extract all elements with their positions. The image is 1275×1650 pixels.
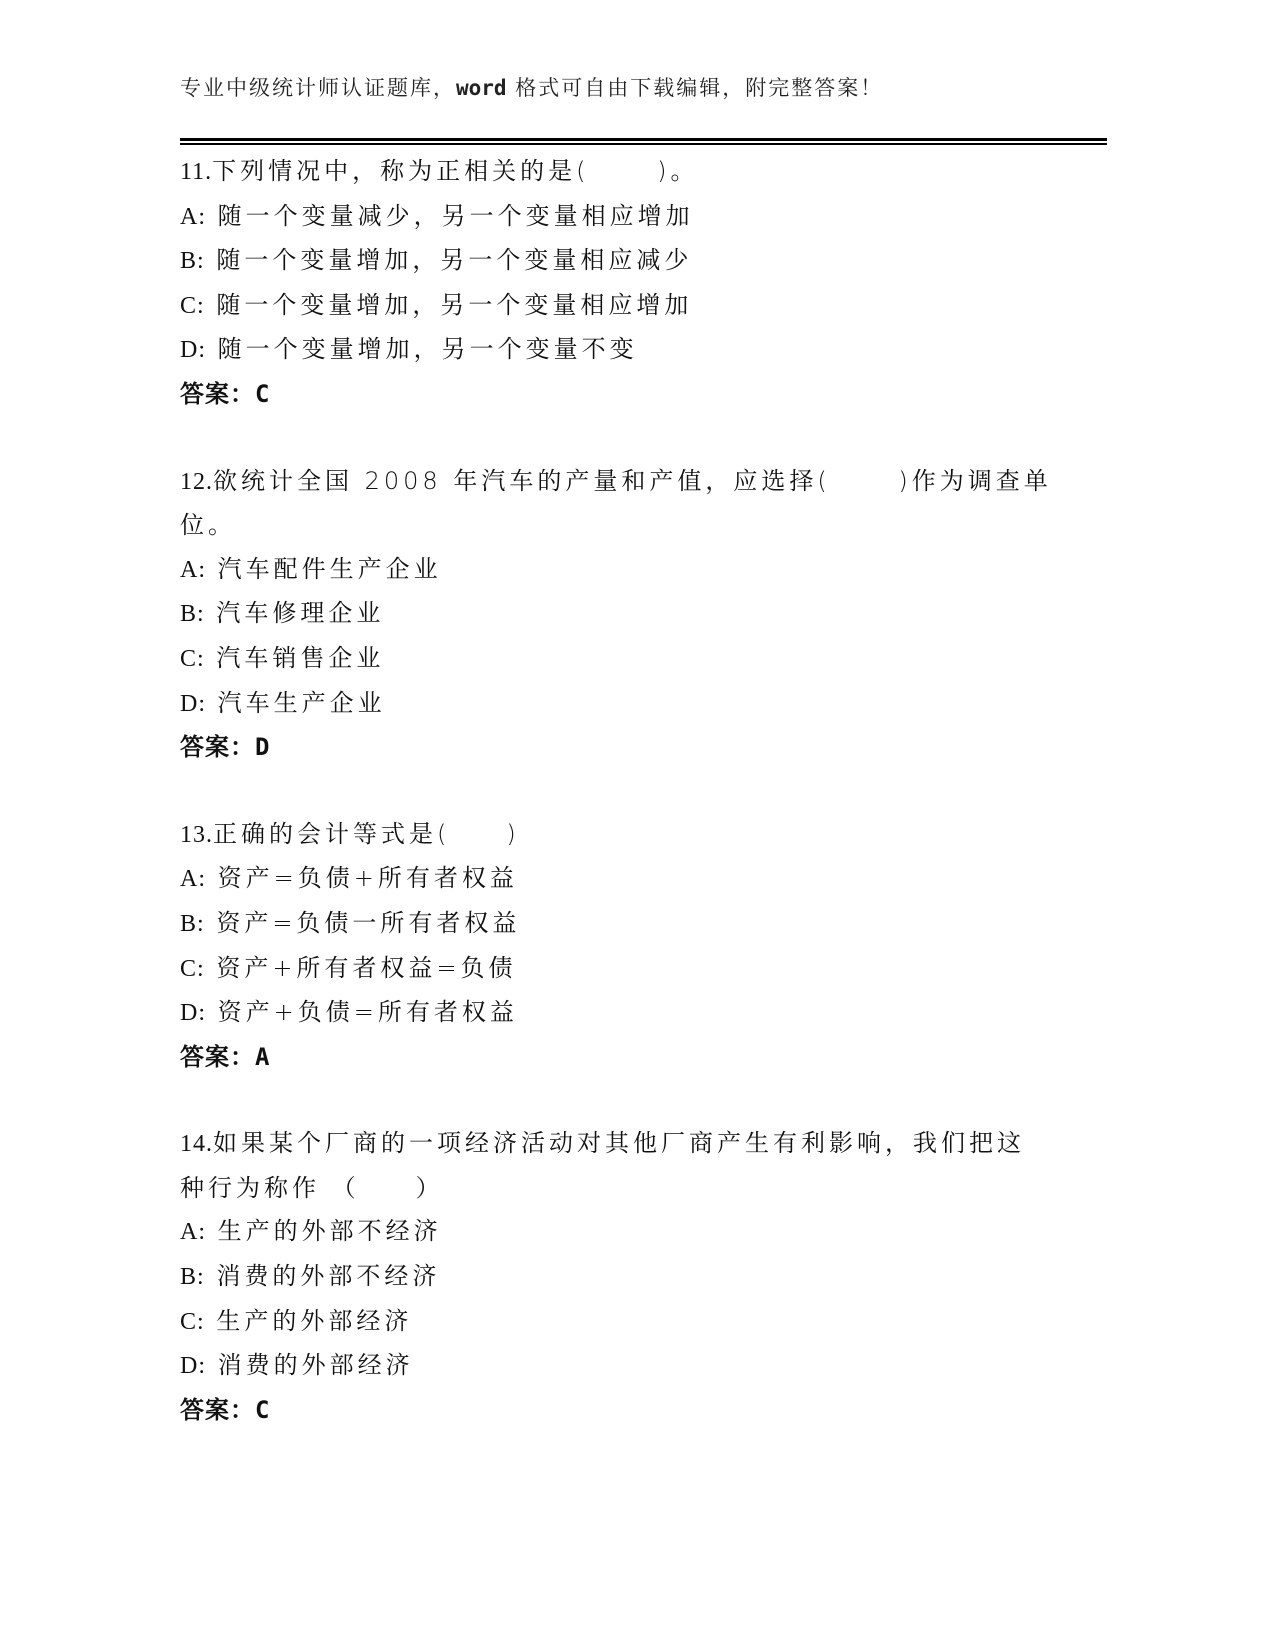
answer-line: 答案：A: [180, 1036, 1040, 1080]
option-label: C:: [180, 646, 205, 672]
question-13: 13.正确的会计等式是( ) A: 资产=负债+所有者权益 B: 资产=负债一所…: [180, 813, 1040, 1080]
option-text: 消费的外部经济: [218, 1351, 414, 1379]
header-text-word: word: [456, 76, 507, 100]
question-11: 11.下列情况中，称为正相关的是( )。 A: 随一个变量减少，另一个变量相应增…: [180, 150, 1040, 417]
option-b: B: 随一个变量增加，另一个变量相应减少: [180, 239, 1040, 284]
answer-value: C: [255, 380, 270, 408]
option-text: 汽车销售企业: [216, 644, 384, 672]
option-d: D: 汽车生产企业: [180, 682, 1040, 727]
header-text-before: 专业中级统计师认证题库，: [180, 76, 456, 100]
option-label: A:: [180, 204, 206, 230]
option-b: B: 消费的外部不经济: [180, 1255, 1040, 1300]
question-stem-text: 下列情况中，称为正相关的是( )。: [212, 157, 698, 185]
option-text: 汽车修理企业: [216, 599, 384, 627]
option-text: 资产=负债一所有者权益: [216, 909, 520, 937]
question-stem-text: 欲统计全国 2008 年汽车的产量和产值，应选择( )作为调查单: [213, 467, 1052, 495]
option-d: D: 随一个变量增加，另一个变量不变: [180, 328, 1040, 373]
option-b: B: 汽车修理企业: [180, 592, 1040, 637]
page-header: 专业中级统计师认证题库，word 格式可自由下载编辑，附完整答案！: [180, 72, 883, 102]
answer-value: D: [255, 733, 270, 761]
option-label: D:: [180, 691, 206, 717]
question-stem-text: 如果某个厂商的一项经济活动对其他厂商产生有利影响，我们把这: [213, 1129, 1025, 1157]
option-text: 资产=负债+所有者权益: [218, 864, 518, 892]
question-list: 11.下列情况中，称为正相关的是( )。 A: 随一个变量减少，另一个变量相应增…: [180, 150, 1040, 1475]
answer-line: 答案：C: [180, 373, 1040, 417]
option-text: 汽车生产企业: [218, 689, 386, 717]
question-number: 13.: [180, 822, 213, 848]
option-b: B: 资产=负债一所有者权益: [180, 902, 1040, 947]
option-label: D:: [180, 1353, 206, 1379]
option-label: D:: [180, 337, 206, 363]
question-number: 14.: [180, 1131, 213, 1157]
question-12: 12.欲统计全国 2008 年汽车的产量和产值，应选择( )作为调查单 位。 A…: [180, 460, 1040, 770]
option-a: A: 生产的外部不经济: [180, 1210, 1040, 1255]
option-a: A: 资产=负债+所有者权益: [180, 857, 1040, 902]
question-stem-continued: 位。: [180, 504, 1040, 548]
answer-label: 答案：: [180, 1396, 255, 1424]
option-label: D:: [180, 1000, 206, 1026]
option-d: D: 资产+负债=所有者权益: [180, 991, 1040, 1036]
question-number: 12.: [180, 469, 213, 495]
option-d: D: 消费的外部经济: [180, 1344, 1040, 1389]
option-c: C: 资产+所有者权益=负债: [180, 947, 1040, 992]
option-a: A: 随一个变量减少，另一个变量相应增加: [180, 195, 1040, 240]
question-stem-text: 正确的会计等式是( ): [213, 820, 520, 848]
option-label: B:: [180, 601, 205, 627]
question-stem: 11.下列情况中，称为正相关的是( )。: [180, 150, 1040, 195]
header-divider-thick: [180, 138, 1107, 141]
option-text: 随一个变量增加，另一个变量不变: [218, 335, 638, 363]
option-c: C: 随一个变量增加，另一个变量相应增加: [180, 284, 1040, 329]
option-a: A: 汽车配件生产企业: [180, 548, 1040, 593]
option-text: 消费的外部不经济: [216, 1262, 440, 1290]
option-label: A:: [180, 557, 206, 583]
question-14: 14.如果某个厂商的一项经济活动对其他厂商产生有利影响，我们把这 种行为称作 （…: [180, 1122, 1040, 1432]
option-label: B:: [180, 248, 205, 274]
answer-label: 答案：: [180, 1043, 255, 1071]
answer-label: 答案：: [180, 380, 255, 408]
option-label: C:: [180, 1309, 205, 1335]
question-number: 11.: [180, 159, 212, 185]
option-label: B:: [180, 1264, 205, 1290]
option-text: 汽车配件生产企业: [218, 555, 442, 583]
answer-value: C: [255, 1396, 270, 1424]
option-label: A:: [180, 866, 206, 892]
option-label: A:: [180, 1219, 206, 1245]
option-label: C:: [180, 293, 205, 319]
option-text: 资产+负债=所有者权益: [218, 998, 518, 1026]
answer-label: 答案：: [180, 733, 255, 761]
option-text: 生产的外部不经济: [218, 1217, 442, 1245]
answer-line: 答案：D: [180, 726, 1040, 770]
question-stem-continued: 种行为称作 （ ）: [180, 1167, 1040, 1211]
question-stem: 14.如果某个厂商的一项经济活动对其他厂商产生有利影响，我们把这: [180, 1122, 1040, 1167]
option-label: B:: [180, 911, 205, 937]
answer-line: 答案：C: [180, 1389, 1040, 1433]
header-divider-thin: [180, 143, 1107, 145]
option-text: 随一个变量增加，另一个变量相应增加: [216, 291, 692, 319]
option-c: C: 汽车销售企业: [180, 637, 1040, 682]
option-label: C:: [180, 956, 205, 982]
option-text: 资产+所有者权益=负债: [216, 954, 516, 982]
question-stem: 13.正确的会计等式是( ): [180, 813, 1040, 858]
option-c: C: 生产的外部经济: [180, 1300, 1040, 1345]
option-text: 随一个变量增加，另一个变量相应减少: [216, 246, 692, 274]
header-text-after: 格式可自由下载编辑，附完整答案！: [507, 76, 884, 100]
question-stem: 12.欲统计全国 2008 年汽车的产量和产值，应选择( )作为调查单: [180, 460, 1040, 505]
option-text: 生产的外部经济: [216, 1307, 412, 1335]
option-text: 随一个变量减少，另一个变量相应增加: [218, 202, 694, 230]
answer-value: A: [255, 1043, 270, 1071]
